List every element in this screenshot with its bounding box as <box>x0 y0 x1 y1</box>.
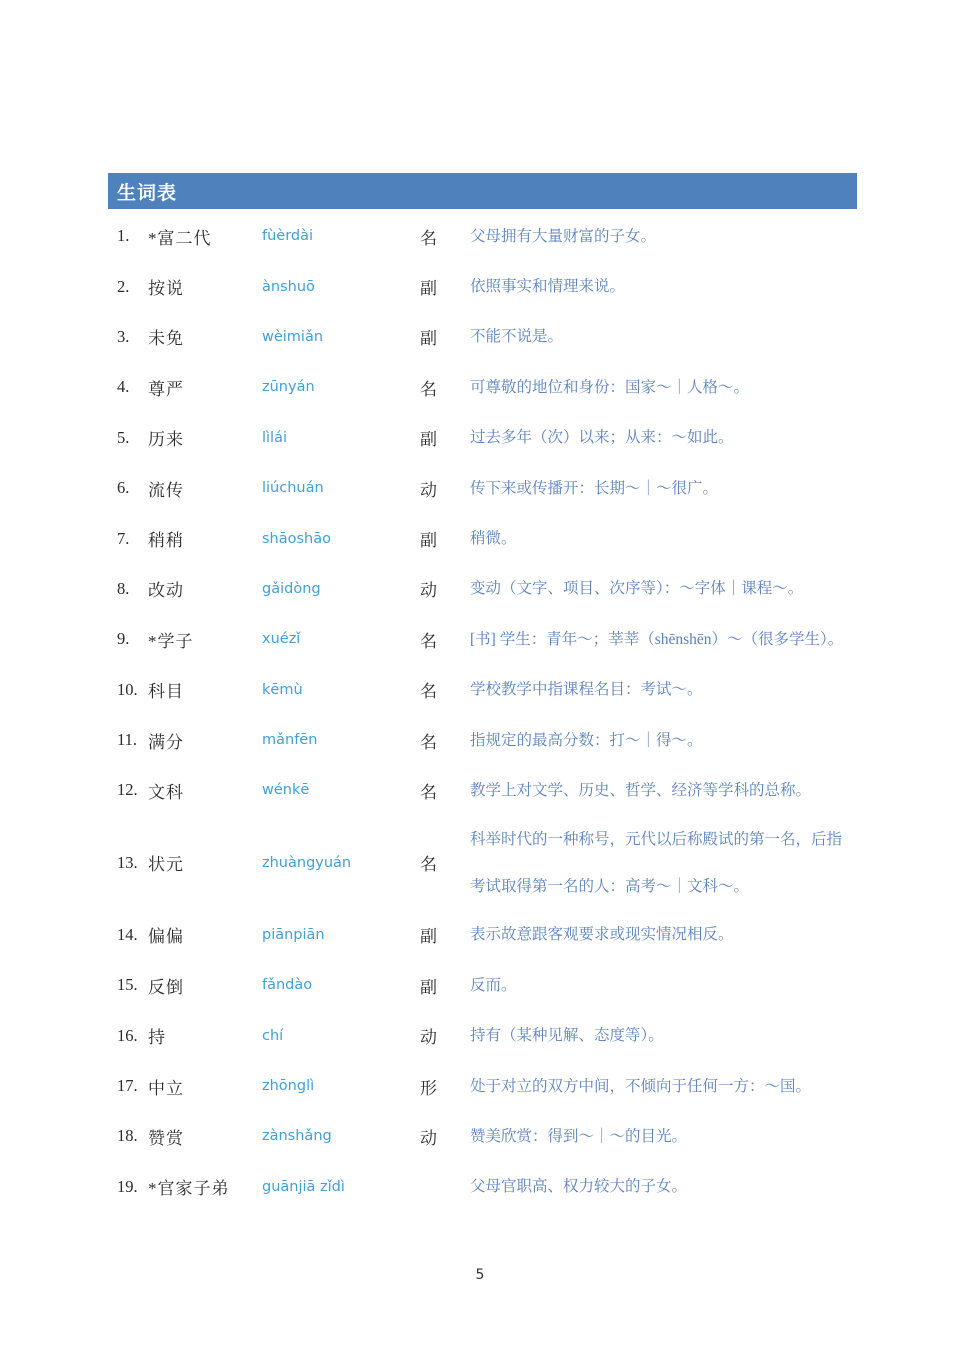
entry-word: 反倒 <box>148 973 262 998</box>
vocab-row: 12. 文科 wénkē 名 教学上对文学、历史、哲学、经济等学科的总称。 <box>108 765 857 815</box>
entry-pinyin: zànshǎng <box>262 1128 420 1144</box>
entry-definition: 学校教学中指课程名目：考试～。 <box>470 666 857 713</box>
entry-pos: 名 <box>420 778 470 803</box>
vocab-row: 19. *官家子弟 guānjiā zǐdì 父母官职高、权力较大的子女。 <box>108 1162 857 1212</box>
vocab-row: 8. 改动 gǎidòng 动 变动（文字、项目、次序等）：～字体｜课程～。 <box>108 564 857 614</box>
vocab-row: 13. 状元 zhuàngyuán 名 科举时代的一种称号，元代以后称殿试的第一… <box>108 816 857 910</box>
entry-pinyin: zūnyán <box>262 379 420 395</box>
entry-pinyin: fùèrdài <box>262 228 420 244</box>
entry-number: 8. <box>117 579 148 599</box>
entry-pos: 副 <box>420 274 470 299</box>
entry-definition: 过去多年（次）以来；从来：～如此。 <box>470 414 857 461</box>
entry-definition: 父母官职高、权力较大的子女。 <box>470 1163 857 1210</box>
vocab-row: 5. 历来 lìlái 副 过去多年（次）以来；从来：～如此。 <box>108 413 857 463</box>
entry-number: 9. <box>117 629 148 649</box>
entry-definition: 反而。 <box>470 962 857 1009</box>
page-number: 5 <box>476 1267 485 1283</box>
vocab-row: 9. *学子 xuézǐ 名 [书] 学生：青年～；莘莘（shēnshēn）～（… <box>108 614 857 664</box>
entry-definition: 依照事实和情理来说。 <box>470 263 857 310</box>
entry-definition: 科举时代的一种称号，元代以后称殿试的第一名，后指考试取得第一名的人：高考～｜文科… <box>470 816 857 910</box>
entry-number: 15. <box>117 975 148 995</box>
entry-pinyin: zhōnglì <box>262 1078 420 1094</box>
entry-pinyin: xuézǐ <box>262 631 420 647</box>
entry-definition: 父母拥有大量财富的子女。 <box>470 213 857 260</box>
entry-pinyin: lìlái <box>262 430 420 446</box>
vocab-row: 1. *富二代 fùèrdài 名 父母拥有大量财富的子女。 <box>108 211 857 261</box>
entry-number: 11. <box>117 730 148 750</box>
entry-word: *官家子弟 <box>148 1174 262 1199</box>
entry-pinyin: gǎidòng <box>262 581 420 597</box>
entry-word: 尊严 <box>148 375 262 400</box>
entry-definition: 教学上对文学、历史、哲学、经济等学科的总称。 <box>470 767 857 814</box>
entry-pos: 动 <box>420 1124 470 1149</box>
entry-definition: 可尊敬的地位和身份：国家～｜人格～。 <box>470 364 857 411</box>
entry-pos: 副 <box>420 425 470 450</box>
entry-pos: 动 <box>420 476 470 501</box>
entry-pos: 名 <box>420 728 470 753</box>
entry-word: 按说 <box>148 274 262 299</box>
vocab-list: 1. *富二代 fùèrdài 名 父母拥有大量财富的子女。 2. 按说 àns… <box>108 211 857 1212</box>
entry-word: 中立 <box>148 1074 262 1099</box>
entry-pos: 副 <box>420 973 470 998</box>
entry-number: 1. <box>117 226 148 246</box>
entry-pinyin: kēmù <box>262 682 420 698</box>
entry-word: 稍稍 <box>148 526 262 551</box>
entry-number: 14. <box>117 925 148 945</box>
entry-pos: 名 <box>420 224 470 249</box>
entry-number: 6. <box>117 478 148 498</box>
entry-word: 历来 <box>148 425 262 450</box>
section-title: 生词表 <box>117 178 177 205</box>
entry-definition: 不能不说是。 <box>470 313 857 360</box>
entry-number: 7. <box>117 529 148 549</box>
entry-pos: 副 <box>420 324 470 349</box>
entry-definition: 稍微。 <box>470 515 857 562</box>
vocab-row: 3. 未免 wèimiǎn 副 不能不说是。 <box>108 312 857 362</box>
entry-definition: 持有（某种见解、态度等）。 <box>470 1012 857 1059</box>
entry-definition: 表示故意跟客观要求或现实情况相反。 <box>470 911 857 958</box>
vocab-row: 6. 流传 liúchuán 动 传下来或传播开：长期～｜～很广。 <box>108 463 857 513</box>
entry-number: 10. <box>117 680 148 700</box>
entry-word: 持 <box>148 1023 262 1048</box>
entry-pinyin: mǎnfēn <box>262 732 420 748</box>
entry-pos: 名 <box>420 850 470 875</box>
entry-number: 19. <box>117 1177 148 1197</box>
entry-number: 5. <box>117 428 148 448</box>
vocab-row: 16. 持 chí 动 持有（某种见解、态度等）。 <box>108 1010 857 1060</box>
entry-pos: 名 <box>420 375 470 400</box>
entry-word: 科目 <box>148 677 262 702</box>
entry-word: 状元 <box>148 850 262 875</box>
entry-pos: 动 <box>420 576 470 601</box>
entry-pinyin: zhuàngyuán <box>262 855 420 871</box>
entry-pos: 副 <box>420 922 470 947</box>
vocab-row: 10. 科目 kēmù 名 学校教学中指课程名目：考试～。 <box>108 665 857 715</box>
entry-definition: [书] 学生：青年～；莘莘（shēnshēn）～（很多学生）。 <box>470 616 857 663</box>
entry-word: 赞赏 <box>148 1124 262 1149</box>
vocab-row: 18. 赞赏 zànshǎng 动 赞美欣赏：得到～｜～的目光。 <box>108 1111 857 1161</box>
vocab-row: 14. 偏偏 piānpiān 副 表示故意跟客观要求或现实情况相反。 <box>108 910 857 960</box>
entry-word: 流传 <box>148 476 262 501</box>
entry-pinyin: ànshuō <box>262 279 420 295</box>
entry-pinyin: fǎndào <box>262 977 420 993</box>
entry-number: 2. <box>117 277 148 297</box>
section-header-bar: 生词表 <box>108 173 857 209</box>
entry-number: 4. <box>117 377 148 397</box>
entry-number: 16. <box>117 1026 148 1046</box>
entry-pinyin: wèimiǎn <box>262 329 420 345</box>
entry-word: 满分 <box>148 728 262 753</box>
entry-pinyin: wénkē <box>262 782 420 798</box>
entry-pos: 副 <box>420 526 470 551</box>
vocab-row: 11. 满分 mǎnfēn 名 指规定的最高分数：打～｜得～。 <box>108 715 857 765</box>
entry-definition: 赞美欣赏：得到～｜～的目光。 <box>470 1113 857 1160</box>
entry-number: 18. <box>117 1126 148 1146</box>
entry-word: 改动 <box>148 576 262 601</box>
entry-pos: 名 <box>420 677 470 702</box>
entry-word: *富二代 <box>148 224 262 249</box>
entry-word: *学子 <box>148 627 262 652</box>
entry-definition: 变动（文字、项目、次序等）：～字体｜课程～。 <box>470 565 857 612</box>
entry-pinyin: shāoshāo <box>262 531 420 547</box>
vocab-row: 15. 反倒 fǎndào 副 反而。 <box>108 960 857 1010</box>
entry-number: 17. <box>117 1076 148 1096</box>
entry-word: 未免 <box>148 324 262 349</box>
entry-word: 文科 <box>148 778 262 803</box>
vocab-row: 17. 中立 zhōnglì 形 处于对立的双方中间，不倾向于任何一方：～国。 <box>108 1061 857 1111</box>
entry-number: 3. <box>117 327 148 347</box>
entry-pos: 动 <box>420 1023 470 1048</box>
entry-number: 12. <box>117 780 148 800</box>
entry-pinyin: piānpiān <box>262 927 420 943</box>
vocab-row: 2. 按说 ànshuō 副 依照事实和情理来说。 <box>108 261 857 311</box>
vocab-row: 4. 尊严 zūnyán 名 可尊敬的地位和身份：国家～｜人格～。 <box>108 362 857 412</box>
page-footer: 5 <box>0 1266 960 1284</box>
vocab-row: 7. 稍稍 shāoshāo 副 稍微。 <box>108 513 857 563</box>
entry-definition: 处于对立的双方中间，不倾向于任何一方：～国。 <box>470 1063 857 1110</box>
entry-pos: 名 <box>420 627 470 652</box>
entry-pinyin: guānjiā zǐdì <box>262 1179 420 1195</box>
entry-definition: 传下来或传播开：长期～｜～很广。 <box>470 465 857 512</box>
entry-definition: 指规定的最高分数：打～｜得～。 <box>470 717 857 764</box>
document-page: 生词表 1. *富二代 fùèrdài 名 父母拥有大量财富的子女。 2. 按说… <box>0 0 960 1357</box>
entry-word: 偏偏 <box>148 922 262 947</box>
entry-pinyin: liúchuán <box>262 480 420 496</box>
entry-pinyin: chí <box>262 1028 420 1044</box>
entry-pos: 形 <box>420 1074 470 1099</box>
entry-number: 13. <box>117 853 148 873</box>
